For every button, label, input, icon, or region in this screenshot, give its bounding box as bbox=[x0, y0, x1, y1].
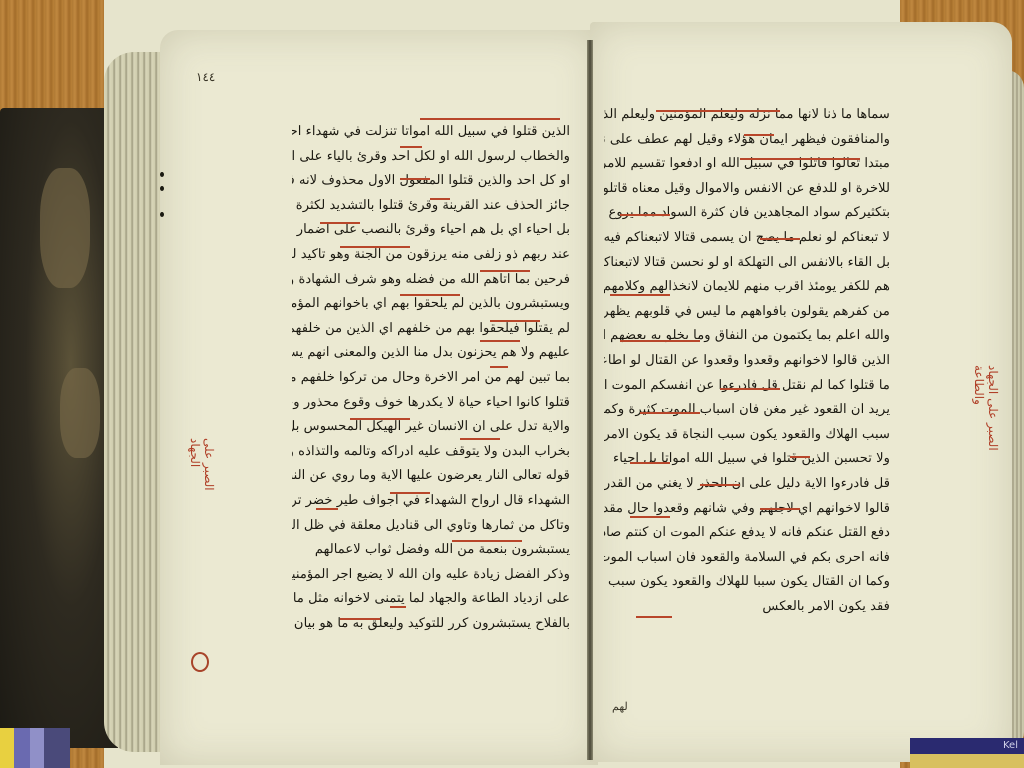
text-line: فانه احرى بكم في السلامة والقعود فان اسب… bbox=[604, 546, 890, 571]
rubric-line bbox=[640, 412, 700, 414]
rubric-line bbox=[430, 198, 450, 200]
text-line: وكما ان القتال يكون سببا للهلاك والقعود … bbox=[604, 570, 890, 595]
right-margin-note: الصبر على الجهاد والطاعة bbox=[972, 365, 1000, 480]
rubric-line bbox=[400, 146, 422, 148]
rubric-line bbox=[740, 158, 860, 160]
book-gutter bbox=[587, 40, 593, 760]
rubric-line bbox=[400, 294, 460, 296]
book-spine-strip bbox=[910, 754, 1024, 768]
rubric-line bbox=[760, 508, 800, 510]
text-line: الذين قتلوا في سبيل الله امواتا تنزلت في… bbox=[292, 120, 570, 145]
text-line: بالفلاح يستبشرون كرر للتوكيد وليعلق به م… bbox=[292, 612, 570, 637]
book-spine-label: Kel bbox=[1003, 740, 1018, 751]
text-line: يستبشرون بنعمة من الله وفضل ثواب لاعماله… bbox=[292, 538, 570, 563]
rubric-line bbox=[480, 340, 520, 342]
text-line: عليهم ولا هم يحزنون بدل منا الذين والمعن… bbox=[292, 341, 570, 366]
rubric-line bbox=[340, 618, 380, 620]
rubric-line bbox=[390, 606, 406, 608]
rubric-line bbox=[630, 516, 670, 518]
text-line: وتاكل من ثمارها وتاوي الى قناديل معلقة ف… bbox=[292, 514, 570, 539]
rubric-line bbox=[656, 110, 780, 112]
text-line: ولا تحسبن الذين قتلوا في سبيل الله اموات… bbox=[604, 447, 890, 472]
left-margin-note: الصبر على الجهاد bbox=[188, 438, 216, 508]
rubric-line bbox=[720, 388, 780, 390]
rubric-line bbox=[790, 456, 810, 458]
rubric-line bbox=[400, 178, 430, 180]
text-line: والله اعلم بما يكتمون من النفاق وما يخلو… bbox=[604, 324, 890, 349]
text-line: قل فادرءوا الاية دليل على ان الحذر لا يغ… bbox=[604, 472, 890, 497]
margin-ink-dot bbox=[160, 186, 164, 191]
background-books-left bbox=[0, 728, 70, 768]
rubric-line bbox=[490, 366, 508, 368]
text-line: بخراب البدن ولا يتوقف عليه ادراكه وتالمه… bbox=[292, 440, 570, 465]
margin-ink-dot bbox=[160, 212, 164, 217]
folio-number: ١٤٤ bbox=[196, 70, 215, 84]
rubric-line bbox=[316, 508, 338, 510]
rubric-line bbox=[480, 270, 530, 272]
cover-wear-patch bbox=[40, 168, 90, 288]
text-line: على ازدياد الطاعة والجهاد لما يتمنى لاخو… bbox=[292, 587, 570, 612]
text-line: ما قتلوا كما لم نقتل قل فادرءوا عن انفسك… bbox=[604, 374, 890, 399]
rubric-line bbox=[620, 214, 670, 216]
manuscript-leather-cover bbox=[0, 108, 118, 748]
text-line: مبتدا تعالوا قاتلوا في سبيل الله او ادفع… bbox=[604, 152, 890, 177]
rubric-line bbox=[490, 320, 540, 322]
rubric-line bbox=[420, 118, 560, 120]
rubric-line bbox=[760, 238, 800, 240]
text-line: والخطاب لرسول الله او لكل احد وقرئ باليا… bbox=[292, 145, 570, 170]
stamp-seal bbox=[191, 652, 209, 672]
text-line: عند ربهم ذو زلفى منه يرزقون من الجنة وهو… bbox=[292, 243, 570, 268]
text-line: لا تبعناكم لو نعلم ما يصح ان يسمى قتالا … bbox=[604, 226, 890, 251]
background-books-right: Kel bbox=[910, 738, 1024, 768]
rubric-line bbox=[744, 134, 774, 136]
margin-ink-dot bbox=[160, 172, 164, 177]
text-line: والاية تدل على ان الانسان غير الهيكل الم… bbox=[292, 415, 570, 440]
rubric-line bbox=[636, 616, 672, 618]
text-line: وذكر الفضل زيادة عليه وان الله لا يضيع ا… bbox=[292, 563, 570, 588]
text-line: بما تبين لهم من امر الاخرة وحال من تركوا… bbox=[292, 366, 570, 391]
text-line: دفع القتل عنكم فانه لا يدفع عنكم الموت ا… bbox=[604, 521, 890, 546]
rubric-line bbox=[630, 462, 670, 464]
rubric-line bbox=[452, 540, 522, 542]
text-line: قوله تعالى النار يعرضون عليها الاية وما … bbox=[292, 464, 570, 489]
rubric-line bbox=[320, 222, 360, 224]
rubric-line bbox=[350, 418, 410, 420]
rubric-line bbox=[700, 484, 740, 486]
rubric-line bbox=[620, 340, 700, 342]
text-line: قتلوا كانوا احياء حياة لا يكدرها خوف وقو… bbox=[292, 391, 570, 416]
text-line: سماها ما ذنا لانها مما نزله وليعلم المؤم… bbox=[604, 103, 890, 128]
cover-wear-patch bbox=[60, 368, 100, 458]
rubric-line bbox=[390, 492, 430, 494]
rubric-line bbox=[460, 438, 500, 440]
text-line: سبب الهلاك والقعود يكون سبب النجاة قد يك… bbox=[604, 423, 890, 448]
text-line: من كفرهم يقولون بافواههم ما ليس في قلوبه… bbox=[604, 300, 890, 325]
text-line: الذين قالوا لاخوانهم وقعدوا وقعدوا عن ال… bbox=[604, 349, 890, 374]
text-line: بل القاء بالانفس الى التهلكة او لو نحسن … bbox=[604, 251, 890, 276]
text-line: يريد ان القعود غير مغن فان اسباب الموت ك… bbox=[604, 398, 890, 423]
text-line: او كل احد والذين قتلوا المفعول الاول محذ… bbox=[292, 169, 570, 194]
right-page-text: سماها ما ذنا لانها مما نزله وليعلم المؤم… bbox=[604, 103, 890, 619]
text-line: والمنافقون فيظهر ايمان هؤلاء وقيل لهم عط… bbox=[604, 128, 890, 153]
rubric-line bbox=[610, 294, 670, 296]
text-line: للاخرة او للدفع عن الانفس والاموال وقيل … bbox=[604, 177, 890, 202]
text-line: هم للكفر يومئذ اقرب منهم للايمان لانخذال… bbox=[604, 275, 890, 300]
rubric-line bbox=[340, 246, 410, 248]
catchword: لهم bbox=[612, 700, 628, 713]
